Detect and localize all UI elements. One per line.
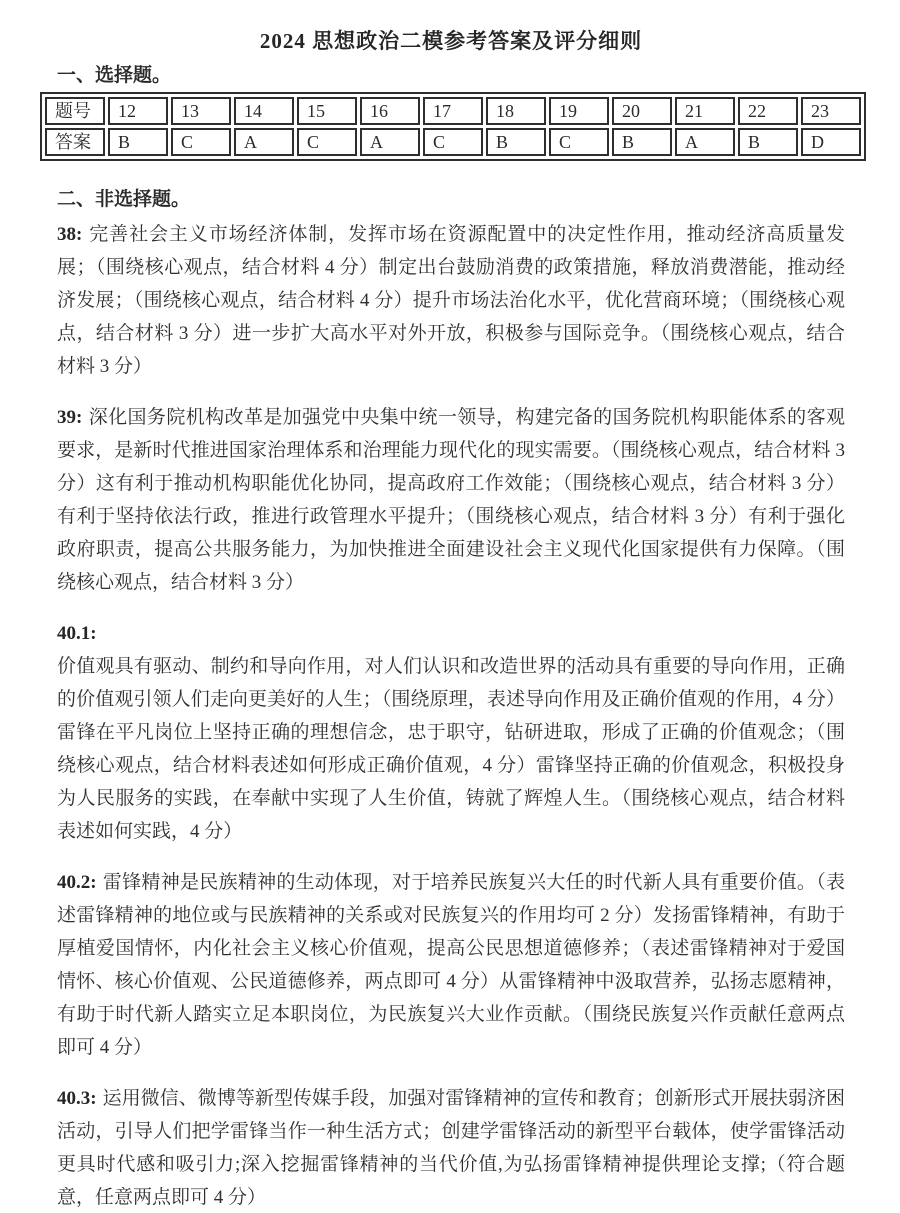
answer-row: 答案 B C A C A C B C B A B D bbox=[45, 128, 861, 156]
answer-key-table: 题号 12 13 14 15 16 17 18 19 20 21 22 23 答… bbox=[40, 92, 866, 161]
question-number-row: 题号 12 13 14 15 16 17 18 19 20 21 22 23 bbox=[45, 97, 861, 125]
answer-cell: A bbox=[675, 128, 735, 156]
question-number-cell: 16 bbox=[360, 97, 420, 125]
answer-cell: B bbox=[108, 128, 168, 156]
answer-cell: B bbox=[738, 128, 798, 156]
answer-cell: B bbox=[612, 128, 672, 156]
question-number-cell: 12 bbox=[108, 97, 168, 125]
answer-cell: C bbox=[297, 128, 357, 156]
question-label-38: 38: bbox=[57, 224, 82, 245]
answer-cell: C bbox=[549, 128, 609, 156]
answer-paragraph-40-2: 40.2:雷锋精神是民族精神的生动体现，对于培养民族复兴大任的时代新人具有重要价… bbox=[57, 866, 845, 1064]
question-number-cell: 21 bbox=[675, 97, 735, 125]
question-label-39: 39: bbox=[57, 407, 82, 428]
answer-text-40-3: 运用微信、微博等新型传媒手段，加强对雷锋精神的宣传和教育；创新形式开展扶弱济困活… bbox=[57, 1088, 845, 1208]
answer-cell: A bbox=[234, 128, 294, 156]
answer-paragraph-40-1: 40.1:价值观具有驱动、制约和导向作用，对人们认识和改造世界的活动具有重要的导… bbox=[57, 617, 845, 848]
question-number-cell: 18 bbox=[486, 97, 546, 125]
question-number-cell: 20 bbox=[612, 97, 672, 125]
answer-paragraph-38: 38:完善社会主义市场经济体制，发挥市场在资源配置中的决定性作用，推动经济高质量… bbox=[57, 218, 845, 383]
page-title: 2024 思想政治二模参考答案及评分细则 bbox=[57, 26, 845, 56]
answer-text-39: 深化国务院机构改革是加强党中央集中统一领导，构建完备的国务院机构职能体系的客观要… bbox=[57, 407, 845, 593]
question-number-cell: 23 bbox=[801, 97, 861, 125]
document-page: 2024 思想政治二模参考答案及评分细则 一、选择题。 题号 12 13 14 … bbox=[0, 0, 900, 1213]
question-label-40-3: 40.3: bbox=[57, 1088, 97, 1109]
free-response-answers: 38:完善社会主义市场经济体制，发挥市场在资源配置中的决定性作用，推动经济高质量… bbox=[57, 218, 845, 1213]
question-label-40-2: 40.2: bbox=[57, 872, 97, 893]
answer-cell: D bbox=[801, 128, 861, 156]
section-heading-choice: 一、选择题。 bbox=[57, 62, 845, 90]
answer-text-38: 完善社会主义市场经济体制，发挥市场在资源配置中的决定性作用，推动经济高质量发展；… bbox=[57, 224, 845, 377]
answer-cell: A bbox=[360, 128, 420, 156]
question-number-cell: 19 bbox=[549, 97, 609, 125]
answer-paragraph-39: 39:深化国务院机构改革是加强党中央集中统一领导，构建完备的国务院机构职能体系的… bbox=[57, 401, 845, 599]
answer-cell: B bbox=[486, 128, 546, 156]
question-number-cell: 22 bbox=[738, 97, 798, 125]
question-label-40-1: 40.1: bbox=[57, 617, 845, 650]
question-number-cell: 14 bbox=[234, 97, 294, 125]
question-number-cell: 15 bbox=[297, 97, 357, 125]
question-number-cell: 13 bbox=[171, 97, 231, 125]
answer-cell: C bbox=[423, 128, 483, 156]
answer-paragraph-40-3: 40.3:运用微信、微博等新型传媒手段，加强对雷锋精神的宣传和教育；创新形式开展… bbox=[57, 1082, 845, 1213]
answer-text-40-1: 价值观具有驱动、制约和导向作用，对人们认识和改造世界的活动具有重要的导向作用，正… bbox=[57, 656, 845, 842]
answer-text-40-2: 雷锋精神是民族精神的生动体现，对于培养民族复兴大任的时代新人具有重要价值。（表述… bbox=[57, 872, 845, 1058]
row-header-answer: 答案 bbox=[45, 128, 105, 156]
section-heading-free-response: 二、非选择题。 bbox=[57, 183, 845, 216]
row-header-question-number: 题号 bbox=[45, 97, 105, 125]
question-number-cell: 17 bbox=[423, 97, 483, 125]
answer-cell: C bbox=[171, 128, 231, 156]
